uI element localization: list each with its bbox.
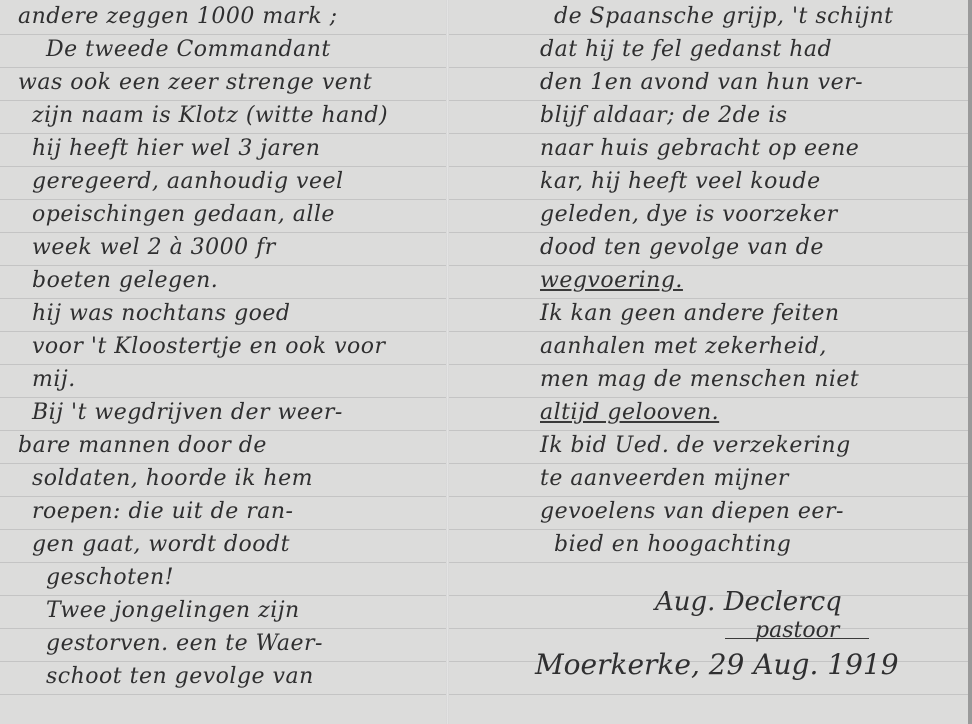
text-line: zijn naam is Klotz (witte hand) — [18, 99, 448, 132]
text-line: den 1en avond van hun ver- — [540, 66, 968, 99]
text-line: soldaten, hoorde ik hem — [18, 462, 448, 495]
text-line: aanhalen met zekerheid, — [540, 330, 968, 363]
text-line: De tweede Commandant — [18, 33, 448, 66]
text-line: kar, hij heeft veel koude — [540, 165, 968, 198]
text-line: men mag de menschen niet — [540, 363, 968, 396]
text-line: hij heeft hier wel 3 jaren — [18, 132, 448, 165]
text-line: voor 't Kloostertje en ook voor — [18, 330, 448, 363]
text-line: week wel 2 à 3000 fr — [18, 231, 448, 264]
text-line: was ook een zeer strenge vent — [18, 66, 448, 99]
text-line: geleden, dye is voorzeker — [540, 198, 968, 231]
text-line: altijd gelooven. — [540, 396, 968, 429]
text-line: blijf aldaar; de 2de is — [540, 99, 968, 132]
text-line: geschoten! — [18, 561, 448, 594]
text-line: Ik bid Ued. de verzekering — [540, 429, 968, 462]
text-line: dat hij te fel gedanst had — [540, 33, 968, 66]
paper-edge — [968, 0, 972, 724]
text-line: Twee jongelingen zijn — [18, 594, 448, 627]
text-line: schoot ten gevolge van — [18, 660, 448, 693]
text-line: bied en hoogachting — [540, 528, 968, 561]
left-page: andere zeggen 1000 mark ; De tweede Comm… — [18, 0, 448, 693]
text-line: gen gaat, wordt doodt — [18, 528, 448, 561]
text-line: de Spaansche grijp, 't schijnt — [540, 0, 968, 33]
signature-name: Aug. Declercq — [655, 587, 842, 617]
text-line: geregeerd, aanhoudig veel — [18, 165, 448, 198]
text-line: Bij 't wegdrijven der weer- — [18, 396, 448, 429]
place-date: Moerkerke, 29 Aug. 1919 — [535, 648, 899, 681]
text-line: wegvoering. — [540, 264, 968, 297]
signature-title: pastoor — [755, 618, 839, 643]
text-line: andere zeggen 1000 mark ; — [18, 0, 448, 33]
right-page: de Spaansche grijp, 't schijnt dat hij t… — [540, 0, 968, 561]
text-line: Ik kan geen andere feiten — [540, 297, 968, 330]
text-line: naar huis gebracht op eene — [540, 132, 968, 165]
text-line: hij was nochtans goed — [18, 297, 448, 330]
text-line: gevoelens van diepen eer- — [540, 495, 968, 528]
text-line: boeten gelegen. — [18, 264, 448, 297]
text-line: bare mannen door de — [18, 429, 448, 462]
text-line: roepen: die uit de ran- — [18, 495, 448, 528]
text-line: mij. — [18, 363, 448, 396]
text-line: opeischingen gedaan, alle — [18, 198, 448, 231]
letter-sheet: andere zeggen 1000 mark ; De tweede Comm… — [0, 0, 972, 724]
text-line: dood ten gevolge van de — [540, 231, 968, 264]
text-line: gestorven. een te Waer- — [18, 627, 448, 660]
text-line: te aanveerden mijner — [540, 462, 968, 495]
